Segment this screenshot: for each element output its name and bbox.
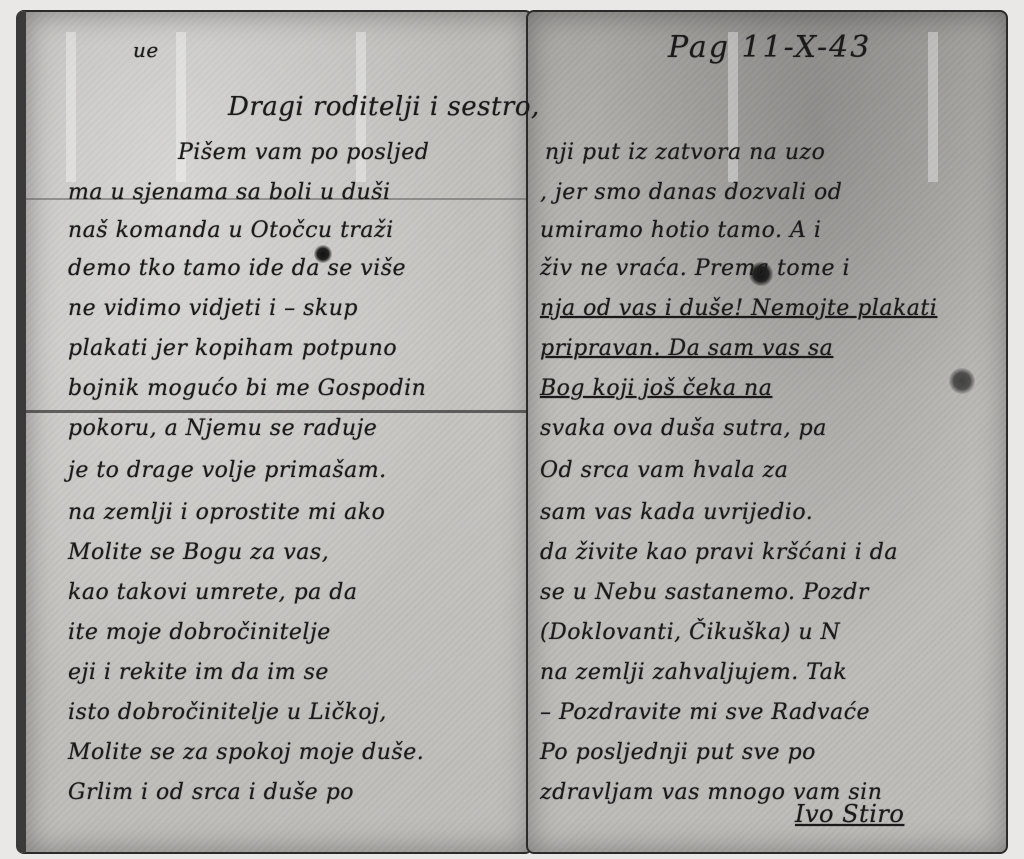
letter-line-left: kao takovi umrete, pa da [68, 580, 357, 605]
letter-line-left: Grlim i od srca i duše po [68, 780, 354, 805]
letter-line-left: je to drage volje primašam. [68, 458, 387, 483]
letter-line-right: na zemlji zahvaljujem. Tak [540, 660, 847, 685]
letter-line-right: sam vas kada uvrijedio. [540, 500, 813, 525]
letter-line-right: nji put iz zatvora na uzo [545, 140, 825, 165]
letter-line-right: Po posljednji put sve po [540, 740, 816, 765]
letter-line-right: Od srca vam hvala za [540, 458, 788, 483]
letter-salutation: Dragi roditelji i sestro, [228, 92, 540, 122]
letter-line-left: naš komanda u Otočcu traži [68, 218, 394, 243]
letter-line-right: svaka ova duša sutra, pa [540, 416, 827, 441]
corner-mark: ue [133, 38, 159, 62]
letter-line-left: ite moje dobročinitelje [68, 620, 331, 645]
letter-line-right: umiramo hotio tamo. A i [540, 218, 821, 243]
letter-line-left: Pišem vam po posljed [178, 140, 429, 165]
letter-line-right: Bog koji još čeka na [540, 376, 772, 401]
letter-line-right: pripravan. Da sam vas sa [540, 336, 833, 361]
letter-line-right: živ ne vraća. Prema tome i [540, 256, 850, 281]
letter-line-right: (Doklovanti, Čikuška) u N [540, 620, 840, 645]
letter-line-left: demo tko tamo ide da se više [68, 256, 406, 281]
letter-line-left: ma u sjenama sa boli u duši [68, 180, 391, 205]
letter-line-left: Molite se Bogu za vas, [68, 540, 329, 565]
letter-line-left: eji i rekite im da im se [68, 660, 329, 685]
handwriting-layer: ue Pag 11-X-43 Dragi roditelji i sestro,… [0, 0, 1024, 859]
letter-line-right: , jer smo danas dozvali od [540, 180, 842, 205]
letter-line-left: ne vidimo vidjeti i – skup [68, 296, 358, 321]
letter-line-right: da živite kao pravi kršćani i da [540, 540, 898, 565]
letter-line-left: isto dobročinitelje u Ličkoj, [68, 700, 387, 725]
letter-line-right: nja od vas i duše! Nemojte plakati [540, 296, 937, 321]
letter-line-right: – Pozdravite mi sve Radvaće [540, 700, 870, 725]
letter-date: Pag 11-X-43 [668, 30, 871, 65]
letter-signature: Ivo Stiro [795, 800, 904, 828]
letter-line-left: pokoru, a Njemu se raduje [68, 416, 377, 441]
letter-line-left: bojnik mogućo bi me Gospodin [68, 376, 426, 401]
letter-line-left: plakati jer kopiham potpuno [68, 336, 397, 361]
letter-line-left: Molite se za spokoj moje duše. [68, 740, 424, 765]
letter-line-right: se u Nebu sastanemo. Pozdr [540, 580, 869, 605]
letter-line-left: na zemlji i oprostite mi ako [68, 500, 385, 525]
